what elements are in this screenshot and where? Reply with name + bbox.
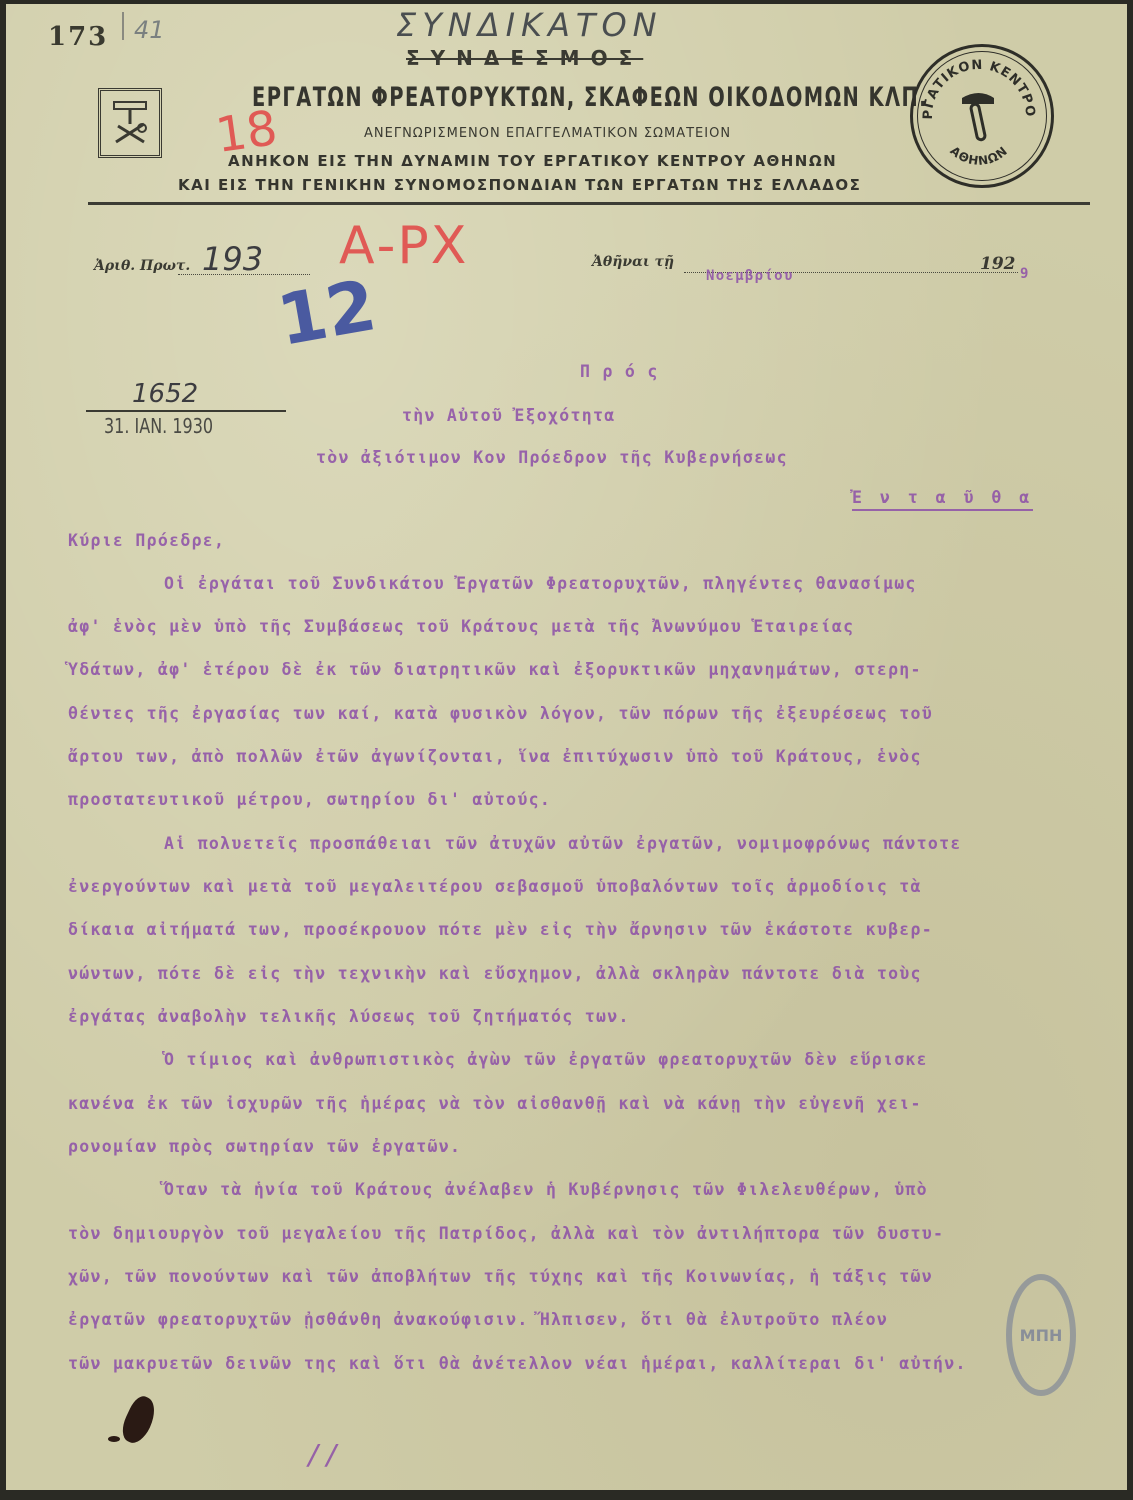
svg-text:ΕΡΓΑΤΙΚΟΝ ΚΕΝΤΡΟΝ: ΕΡΓΑΤΙΚΟΝ ΚΕΝΤΡΟΝ <box>910 44 1037 120</box>
body-line: ἐργάτας ἀναβολὴν τελικῆς λύσεως τοῦ ζητή… <box>68 1007 630 1026</box>
body-line: ἐργατῶν φρεατορυχτῶν ᾐσθάνθη ἀνακούφισιν… <box>68 1310 888 1329</box>
body-line: νώντων, πότε δὲ εἰς τὴν τεχνικὴν καὶ εὔσ… <box>68 964 922 983</box>
blue-pencil-mark-12: 12 <box>272 264 382 362</box>
organization-subtitle-1: ΑΝΕΓΝΩΡΙΣΜΕΝΟΝ ΕΠΑΓΓΕΛΜΑΤΙΚΟΝ ΣΩΜΑΤΕΙΟΝ <box>364 126 731 141</box>
body-line: Ὅταν τὰ ἡνία τοῦ Κράτους ἀνέλαβεν ἡ Κυβέ… <box>164 1180 928 1199</box>
body-line: δίκαια αἰτήματά των, προσέκρουον πότε μὲ… <box>68 920 933 939</box>
archive-divider <box>122 12 124 40</box>
handwritten-protocol-1652: 1652 <box>132 379 198 409</box>
addressee-pros: Π ρ ό ς <box>580 362 659 381</box>
protocol-label: Ἀριθ. Πρωτ. <box>94 258 190 274</box>
body-line: θέντες τῆς ἐργασίας των καί, κατὰ φυσικὸ… <box>68 704 933 723</box>
body-line: κανένα ἐκ τῶν ἰσχυρῶν τῆς ἡμέρας νὰ τὸν … <box>68 1094 922 1113</box>
body-line: Αἱ πολυετεῖς προσπάθειαι τῶν ἀτυχῶν αὐτῶ… <box>164 834 962 853</box>
red-pencil-mark-18: 18 <box>212 100 280 164</box>
printed-year: 192 <box>980 254 1016 274</box>
typed-year-digit: 9 <box>1020 266 1030 282</box>
seal-top-text: ΕΡΓΑΤΙΚΟΝ ΚΕΝΤΡΟΝ <box>910 44 1037 120</box>
body-line: Οἱ ἐργάται τοῦ Συνδικάτου Ἐργατῶν Φρεατο… <box>164 574 917 593</box>
hammer-icon <box>962 93 994 140</box>
body-line: ἐνεργούντων καὶ μετὰ τοῦ μεγαλειτέρου σε… <box>68 877 922 896</box>
ink-blot-small <box>108 1436 120 1442</box>
letterhead-rule <box>88 202 1090 205</box>
addressee-line-3: Ἐ ν τ α ῦ θ α <box>852 488 1033 511</box>
struck-word: ΣΥΝΔΕΣΜΟΣ <box>406 46 643 70</box>
addressee-line-1: τὴν Αὐτοῦ Ἐξοχότητα <box>402 406 615 425</box>
body-line: χῶν, τῶν πονούντων καὶ τῶν ἀποβλήτων τῆς… <box>68 1267 933 1286</box>
organization-subtitle-3: ΚΑΙ ΕΙΣ ΤΗΝ ΓΕΝΙΚΗΝ ΣΥΝΟΜΟΣΠΟΝΔΙΑΝ ΤΩΝ Ε… <box>178 176 861 194</box>
archive-subnumber: 41 <box>134 16 165 44</box>
archive-watermark-icon: ΜΠΗ <box>1006 1274 1076 1396</box>
stamp-underline <box>86 410 286 412</box>
addressee-line-2: τὸν ἀξιότιμον Κον Πρόεδρον τῆς Κυβερνήσε… <box>316 448 788 467</box>
body-line: τὸν δημιουργὸν τοῦ μεγαλείου τῆς Πατρίδο… <box>68 1224 944 1243</box>
body-line: ἄρτου των, ἀπὸ πολλῶν ἐτῶν ἀγωνίζονται, … <box>68 747 922 766</box>
body-line: ρονομίαν πρὸς σωτηρίαν τῶν ἐργατῶν. <box>68 1137 461 1156</box>
ink-blot <box>117 1393 161 1447</box>
place-label: Ἀθῆναι τῇ <box>592 254 674 270</box>
protocol-number: 193 <box>202 240 263 278</box>
archive-number: 173 <box>48 22 108 52</box>
union-logo-icon <box>98 88 162 158</box>
body-line: προστατευτικοῦ μέτρου, σωτηρίου δι' αὐτο… <box>68 790 551 809</box>
salutation: Κύριε Πρόεδρε, <box>68 531 225 550</box>
handwritten-title: ΣΥΝΔΙΚΑΤΟΝ <box>396 6 663 44</box>
svg-text:ΑΘΗΝΩΝ: ΑΘΗΝΩΝ <box>947 144 1010 168</box>
received-date-stamp: 31. ΙΑΝ. 1930 <box>104 414 213 438</box>
organization-name: ΕΡΓΑΤΩΝ ΦΡΕΑΤΟΡΥΚΤΩΝ, ΣΚΑΦΕΩΝ ΟΙΚΟΔΟΜΩΝ … <box>252 82 928 113</box>
body-line: ἀφ' ἑνὸς μὲν ὑπὸ τῆς Συμβάσεως τοῦ Κράτο… <box>68 617 854 636</box>
body-line: τῶν μακρυετῶν δεινῶν της καὶ ὅτι θὰ ἀνέτ… <box>68 1354 967 1373</box>
body-line: Ὁ τίμιος καὶ ἀνθρωπιστικὸς ἀγὼν τῶν ἐργα… <box>164 1050 928 1069</box>
continuation-mark: // <box>306 1438 342 1471</box>
seal-bottom-text: ΑΘΗΝΩΝ <box>947 144 1010 168</box>
body-line: Ὑδάτων, ἀφ' ἑτέρου δὲ ἐκ τῶν διατρητικῶν… <box>68 660 922 679</box>
organization-subtitle-2: ΑΝΗΚΟΝ ΕΙΣ ΤΗΝ ΔΥΝΑΜΙΝ ΤΟΥ ΕΡΓΑΤΙΚΟΥ ΚΕΝ… <box>228 152 837 170</box>
labor-center-seal: ΕΡΓΑΤΙΚΟΝ ΚΕΝΤΡΟΝ ΑΘΗΝΩΝ <box>910 44 1054 188</box>
date-month: Νοεμβρίου <box>706 268 794 284</box>
document-page: 173 41 ΣΥΝΔΙΚΑΤΟΝ ΣΥΝΔΕΣΜΟΣ ΕΡΓΑΤΩΝ ΦΡΕΑ… <box>6 4 1127 1490</box>
